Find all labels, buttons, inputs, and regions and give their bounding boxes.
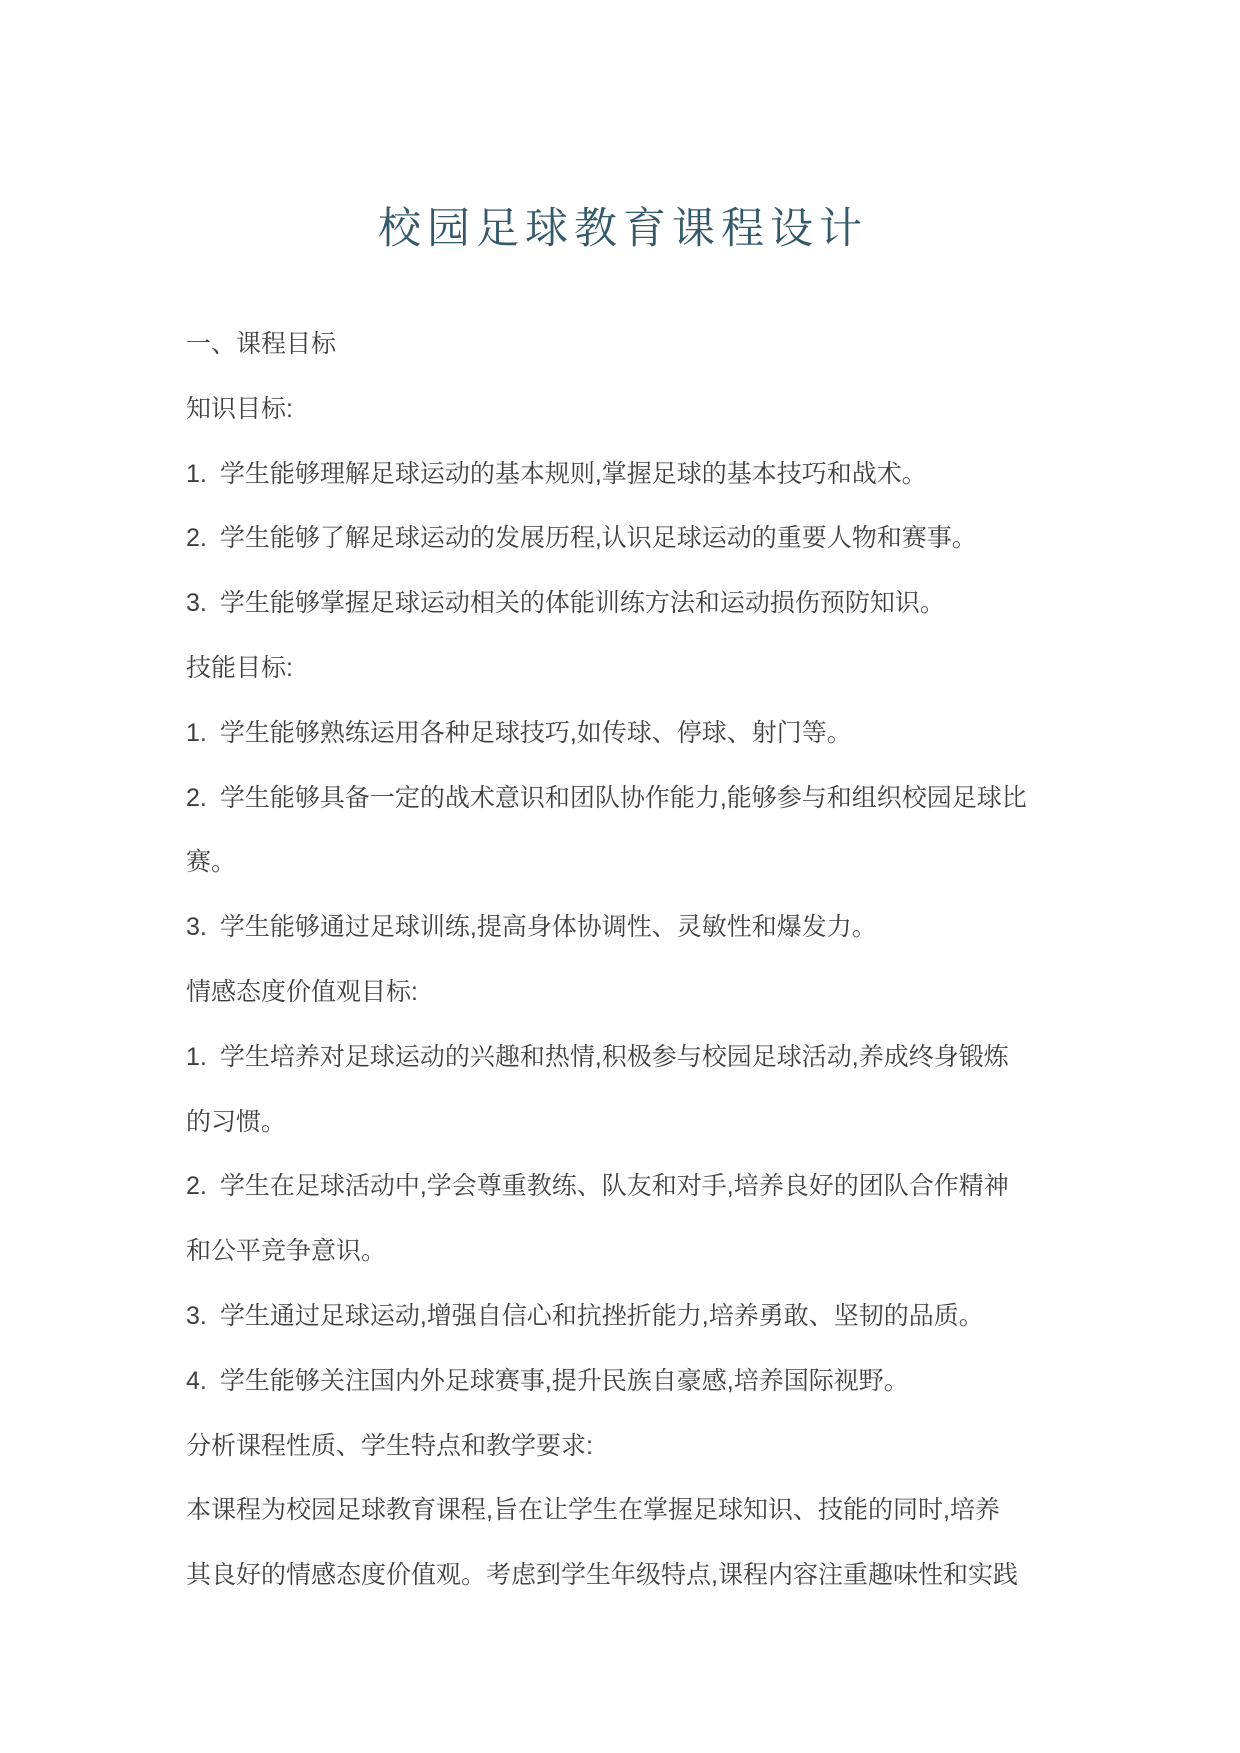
text-line: 2.学生在足球活动中,学会尊重教练、队友和对手,培养良好的团队合作精神 (186, 1154, 1140, 1219)
line-text: 学生通过足球运动,增强自信心和抗挫折能力,培养勇敢、坚韧的品质。 (220, 1302, 984, 1330)
text-line: 1.学生能够熟练运用各种足球技巧,如传球、停球、射门等。 (186, 701, 1140, 766)
line-text: 学生能够掌握足球运动相关的体能训练方法和运动损伤预防知识。 (220, 589, 945, 617)
list-number: 3. (186, 1284, 207, 1349)
line-text: 学生能够熟练运用各种足球技巧,如传球、停球、射门等。 (220, 719, 852, 747)
text-line: 3.学生能够掌握足球运动相关的体能训练方法和运动损伤预防知识。 (186, 571, 1140, 636)
line-text: 学生能够关注国内外足球赛事,提升民族自豪感,培养国际视野。 (220, 1367, 909, 1395)
line-text: 学生能够具备一定的战术意识和团队协作能力,能够参与和组织校园足球比 (220, 784, 1027, 812)
text-line: 和公平竞争意识。 (186, 1219, 1140, 1284)
text-line: 一、课程目标 (186, 312, 1140, 377)
line-text: 学生培养对足球运动的兴趣和热情,积极参与校园足球活动,养成终身锻炼 (220, 1043, 1009, 1071)
text-line: 其良好的情感态度价值观。考虑到学生年级特点,课程内容注重趣味性和实践 (186, 1543, 1140, 1608)
line-text: 学生能够了解足球运动的发展历程,认识足球运动的重要人物和赛事。 (220, 524, 977, 552)
text-line: 2.学生能够了解足球运动的发展历程,认识足球运动的重要人物和赛事。 (186, 506, 1140, 571)
line-text: 知识目标: (186, 395, 293, 423)
text-line: 3.学生通过足球运动,增强自信心和抗挫折能力,培养勇敢、坚韧的品质。 (186, 1284, 1140, 1349)
line-text: 学生在足球活动中,学会尊重教练、队友和对手,培养良好的团队合作精神 (220, 1172, 1009, 1200)
list-number: 4. (186, 1349, 207, 1414)
list-number: 3. (186, 571, 207, 636)
text-line: 技能目标: (186, 636, 1140, 701)
document-page: 校园足球教育课程设计 一、课程目标知识目标:1.学生能够理解足球运动的基本规则,… (0, 0, 1240, 1753)
line-text: 情感态度价值观目标: (186, 978, 418, 1006)
text-line: 分析课程性质、学生特点和教学要求: (186, 1414, 1140, 1479)
line-text: 其良好的情感态度价值观。考虑到学生年级特点,课程内容注重趣味性和实践 (186, 1561, 1018, 1589)
line-text: 分析课程性质、学生特点和教学要求: (186, 1432, 593, 1460)
list-number: 1. (186, 701, 207, 766)
text-line: 3.学生能够通过足球训练,提高身体协调性、灵敏性和爆发力。 (186, 895, 1140, 960)
text-line: 的习惯。 (186, 1090, 1140, 1155)
line-text: 本课程为校园足球教育课程,旨在让学生在掌握足球知识、技能的同时,培养 (186, 1496, 1000, 1524)
document-title: 校园足球教育课程设计 (0, 206, 1240, 253)
text-line: 知识目标: (186, 377, 1140, 442)
line-text: 和公平竞争意识。 (186, 1237, 386, 1265)
line-text: 赛。 (186, 848, 236, 876)
list-number: 2. (186, 506, 207, 571)
text-line: 本课程为校园足球教育课程,旨在让学生在掌握足球知识、技能的同时,培养 (186, 1478, 1140, 1543)
line-text: 学生能够通过足球训练,提高身体协调性、灵敏性和爆发力。 (220, 913, 877, 941)
text-line: 赛。 (186, 830, 1140, 895)
text-line: 1.学生培养对足球运动的兴趣和热情,积极参与校园足球活动,养成终身锻炼 (186, 1025, 1140, 1090)
line-text: 一、课程目标 (186, 330, 336, 358)
text-line: 情感态度价值观目标: (186, 960, 1140, 1025)
document-body: 一、课程目标知识目标:1.学生能够理解足球运动的基本规则,掌握足球的基本技巧和战… (186, 312, 1140, 1608)
list-number: 1. (186, 1025, 207, 1090)
text-line: 1.学生能够理解足球运动的基本规则,掌握足球的基本技巧和战术。 (186, 442, 1140, 507)
line-text: 学生能够理解足球运动的基本规则,掌握足球的基本技巧和战术。 (220, 460, 927, 488)
line-text: 技能目标: (186, 654, 293, 682)
text-line: 2.学生能够具备一定的战术意识和团队协作能力,能够参与和组织校园足球比 (186, 766, 1140, 831)
text-line: 4.学生能够关注国内外足球赛事,提升民族自豪感,培养国际视野。 (186, 1349, 1140, 1414)
list-number: 2. (186, 1154, 207, 1219)
line-text: 的习惯。 (186, 1108, 286, 1136)
list-number: 3. (186, 895, 207, 960)
list-number: 2. (186, 766, 207, 831)
list-number: 1. (186, 442, 207, 507)
